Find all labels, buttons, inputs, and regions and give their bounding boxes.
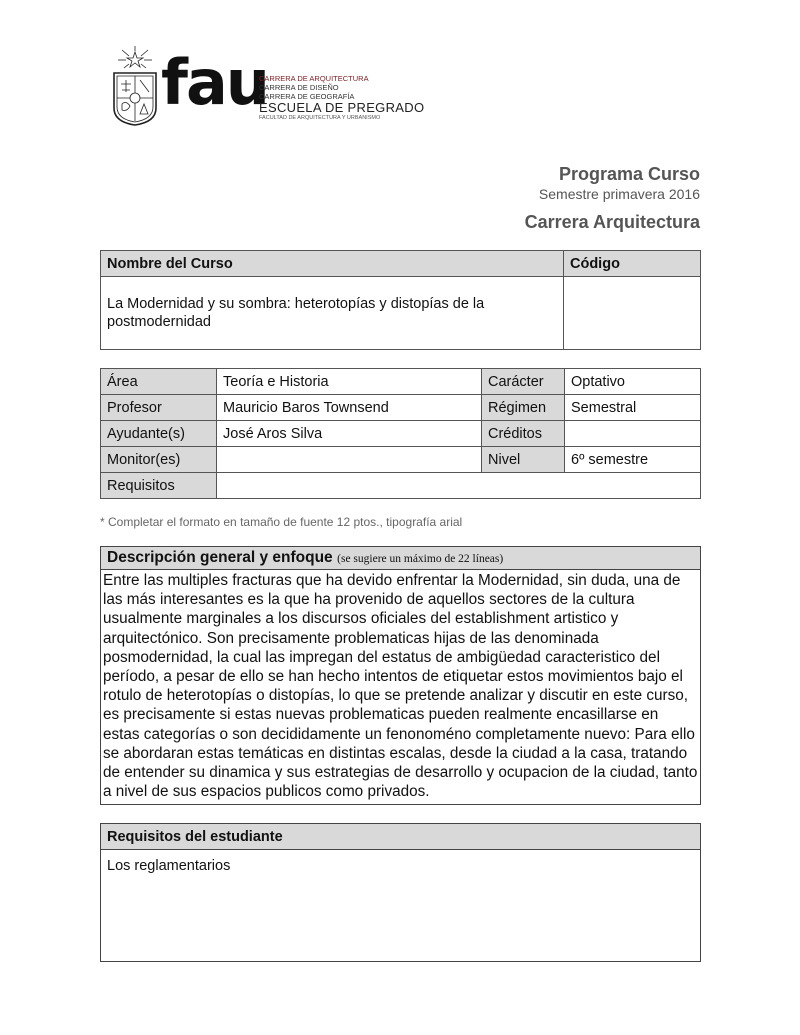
fau-logo: fau CARRERA DE ARQUITECTURA CARRERA DE D… — [108, 46, 398, 128]
info-value — [217, 447, 482, 473]
university-crest-icon — [110, 46, 160, 126]
info-label: Régimen — [482, 395, 565, 421]
info-label: Área — [101, 369, 217, 395]
info-value: José Aros Silva — [217, 421, 482, 447]
info-label: Carácter — [482, 369, 565, 395]
info-value: 6º semestre — [565, 447, 701, 473]
table-row: Ayudante(s) José Aros Silva Créditos — [101, 421, 701, 447]
page-title: Programa Curso — [525, 163, 700, 185]
info-value: Semestral — [565, 395, 701, 421]
info-value — [565, 421, 701, 447]
document-header: Programa Curso Semestre primavera 2016 C… — [525, 163, 700, 233]
logo-line: CARRERA DE DISEÑO — [259, 83, 424, 92]
wordmark: fau — [161, 48, 268, 118]
description-text: Entre las multiples fracturas que ha dev… — [101, 570, 700, 802]
table-row: Área Teoría e Historia Carácter Optativo — [101, 369, 701, 395]
description-header: Descripción general y enfoque (se sugier… — [101, 547, 700, 570]
info-label: Créditos — [482, 421, 565, 447]
info-label: Requisitos — [101, 473, 217, 499]
course-code-value — [564, 277, 701, 350]
info-label: Ayudante(s) — [101, 421, 217, 447]
table-row: Monitor(es) Nivel 6º semestre — [101, 447, 701, 473]
info-value: Teoría e Historia — [217, 369, 482, 395]
course-name-label: Nombre del Curso — [101, 251, 564, 277]
semester: Semestre primavera 2016 — [525, 185, 700, 203]
info-label: Profesor — [101, 395, 217, 421]
requirements-text: Los reglamentarios — [101, 850, 700, 882]
format-note: * Completar el formato en tamaño de fuen… — [100, 515, 462, 529]
course-code-label: Código — [564, 251, 701, 277]
info-value: Optativo — [565, 369, 701, 395]
logo-line: CARRERA DE ARQUITECTURA — [259, 74, 424, 83]
logo-text: CARRERA DE ARQUITECTURA CARRERA DE DISEÑ… — [259, 74, 424, 121]
table-row: Profesor Mauricio Baros Townsend Régimen… — [101, 395, 701, 421]
description-section: Descripción general y enfoque (se sugier… — [100, 546, 701, 805]
course-name-value: La Modernidad y su sombra: heterotopías … — [101, 277, 564, 350]
table-row: Requisitos — [101, 473, 701, 499]
requirements-title: Requisitos del estudiante — [107, 829, 283, 845]
info-label: Nivel — [482, 447, 565, 473]
course-info-table: Área Teoría e Historia Carácter Optativo… — [100, 368, 701, 499]
requirements-header: Requisitos del estudiante — [101, 824, 700, 850]
info-label: Monitor(es) — [101, 447, 217, 473]
logo-faculty: FACULTAD DE ARQUITECTURA Y URBANISMO — [259, 115, 424, 121]
course-name-table: Nombre del Curso Código La Modernidad y … — [100, 250, 701, 350]
logo-school: ESCUELA DE PREGRADO — [259, 101, 424, 115]
description-subtitle: (se sugiere un máximo de 22 líneas) — [337, 553, 503, 565]
career: Carrera Arquitectura — [525, 211, 700, 233]
info-value: Mauricio Baros Townsend — [217, 395, 482, 421]
description-title: Descripción general y enfoque — [107, 549, 333, 566]
requirements-section: Requisitos del estudiante Los reglamenta… — [100, 823, 701, 962]
info-value — [217, 473, 701, 499]
